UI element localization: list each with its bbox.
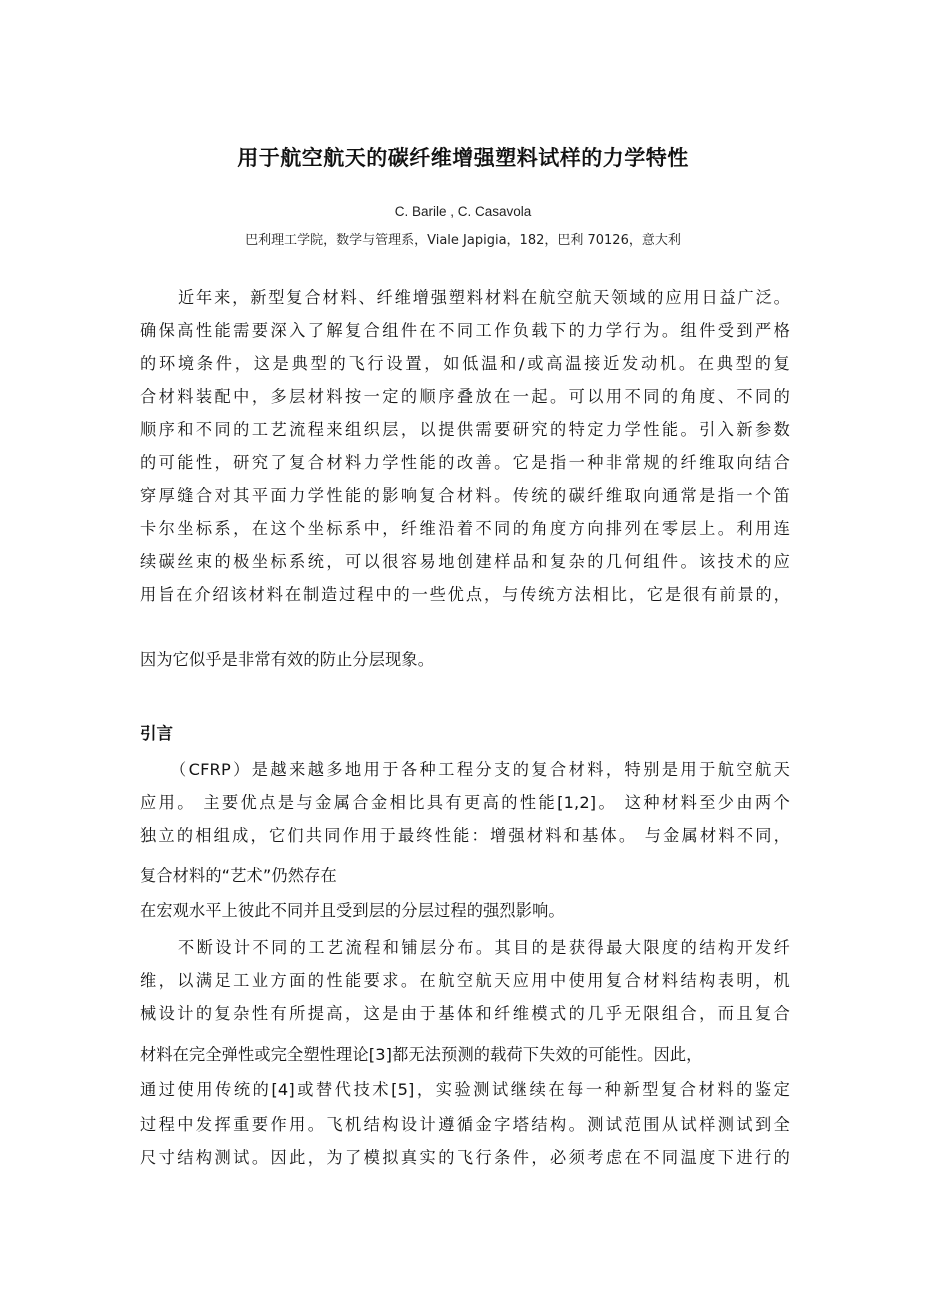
section-heading-introduction: 引言 [140, 720, 173, 744]
intro-line: 应用。 主要优点是与金属合金相比具有更高的性能[1,2]。 这种材料至少由两个 [140, 789, 790, 813]
intro-line: 复合材料的“艺术”仍然存在 [140, 862, 790, 886]
abstract-line: 穿厚缝合对其平面力学性能的影响复合材料。传统的碳纤维取向通常是指一个笛 [140, 482, 790, 506]
abstract-line: 用旨在介绍该材料在制造过程中的一些优点，与传统方法相比，它是很有前景的， [140, 581, 790, 605]
intro-line: 通过使用传统的[4]或替代技术[5]，实验测试继续在每一种新型复合材料的鉴定 [140, 1076, 790, 1100]
abstract-line: 的可能性，研究了复合材料力学性能的改善。它是指一种非常规的纤维取向结合 [140, 449, 790, 473]
intro-line: 不断设计不同的工艺流程和铺层分布。其目的是获得最大限度的结构开发纤 [178, 934, 790, 958]
abstract-line: 因为它似乎是非常有效的防止分层现象。 [140, 646, 790, 670]
abstract-line: 顺序和不同的工艺流程来组织层，以提供需要研究的特定力学性能。引入新参数 [140, 416, 790, 440]
abstract-line: 的环境条件，这是典型的飞行设置，如低温和/或高温接近发动机。在典型的复 [140, 350, 790, 374]
intro-line: 独立的相组成，它们共同作用于最终性能：增强材料和基体。 与金属材料不同， [140, 822, 790, 846]
abstract-line: 近年来，新型复合材料、纤维增强塑料材料在航空航天领域的应用日益广泛。 [178, 284, 790, 308]
abstract-line: 合材料装配中，多层材料按一定的顺序叠放在一起。可以用不同的角度、不同的 [140, 383, 790, 407]
paper-title: 用于航空航天的碳纤维增强塑料试样的力学特性 [0, 142, 926, 172]
intro-line: （CFRP）是越来越多地用于各种工程分支的复合材料，特别是用于航空航天 [170, 756, 790, 780]
intro-line: 尺寸结构测试。因此，为了模拟真实的飞行条件，必须考虑在不同温度下进行的 [140, 1144, 790, 1168]
intro-line: 械设计的复杂性有所提高，这是由于基体和纤维模式的几乎无限组合，而且复合 [140, 1000, 790, 1024]
affiliation: 巴利理工学院，数学与管理系，Viale Japigia，182，巴利 70126… [0, 229, 926, 248]
abstract-line: 卡尔坐标系，在这个坐标系中，纤维沿着不同的角度方向排列在零层上。利用连 [140, 515, 790, 539]
document-page: 用于航空航天的碳纤维增强塑料试样的力学特性 C. Barile , C. Cas… [0, 0, 926, 1309]
intro-line: 维，以满足工业方面的性能要求。在航空航天应用中使用复合材料结构表明，机 [140, 967, 790, 991]
abstract-line: 确保高性能需要深入了解复合组件在不同工作负载下的力学行为。组件受到严格 [140, 317, 790, 341]
intro-line: 过程中发挥重要作用。飞机结构设计遵循金字塔结构。测试范围从试样测试到全 [140, 1111, 790, 1135]
authors: C. Barile , C. Casavola [0, 204, 926, 219]
intro-line: 材料在完全弹性或完全塑性理论[3]都无法预测的载荷下失效的可能性。因此， [140, 1041, 790, 1065]
intro-line: 在宏观水平上彼此不同并且受到层的分层过程的强烈影响。 [140, 897, 790, 921]
abstract-line: 续碳丝束的极坐标系统，可以很容易地创建样品和复杂的几何组件。该技术的应 [140, 548, 790, 572]
